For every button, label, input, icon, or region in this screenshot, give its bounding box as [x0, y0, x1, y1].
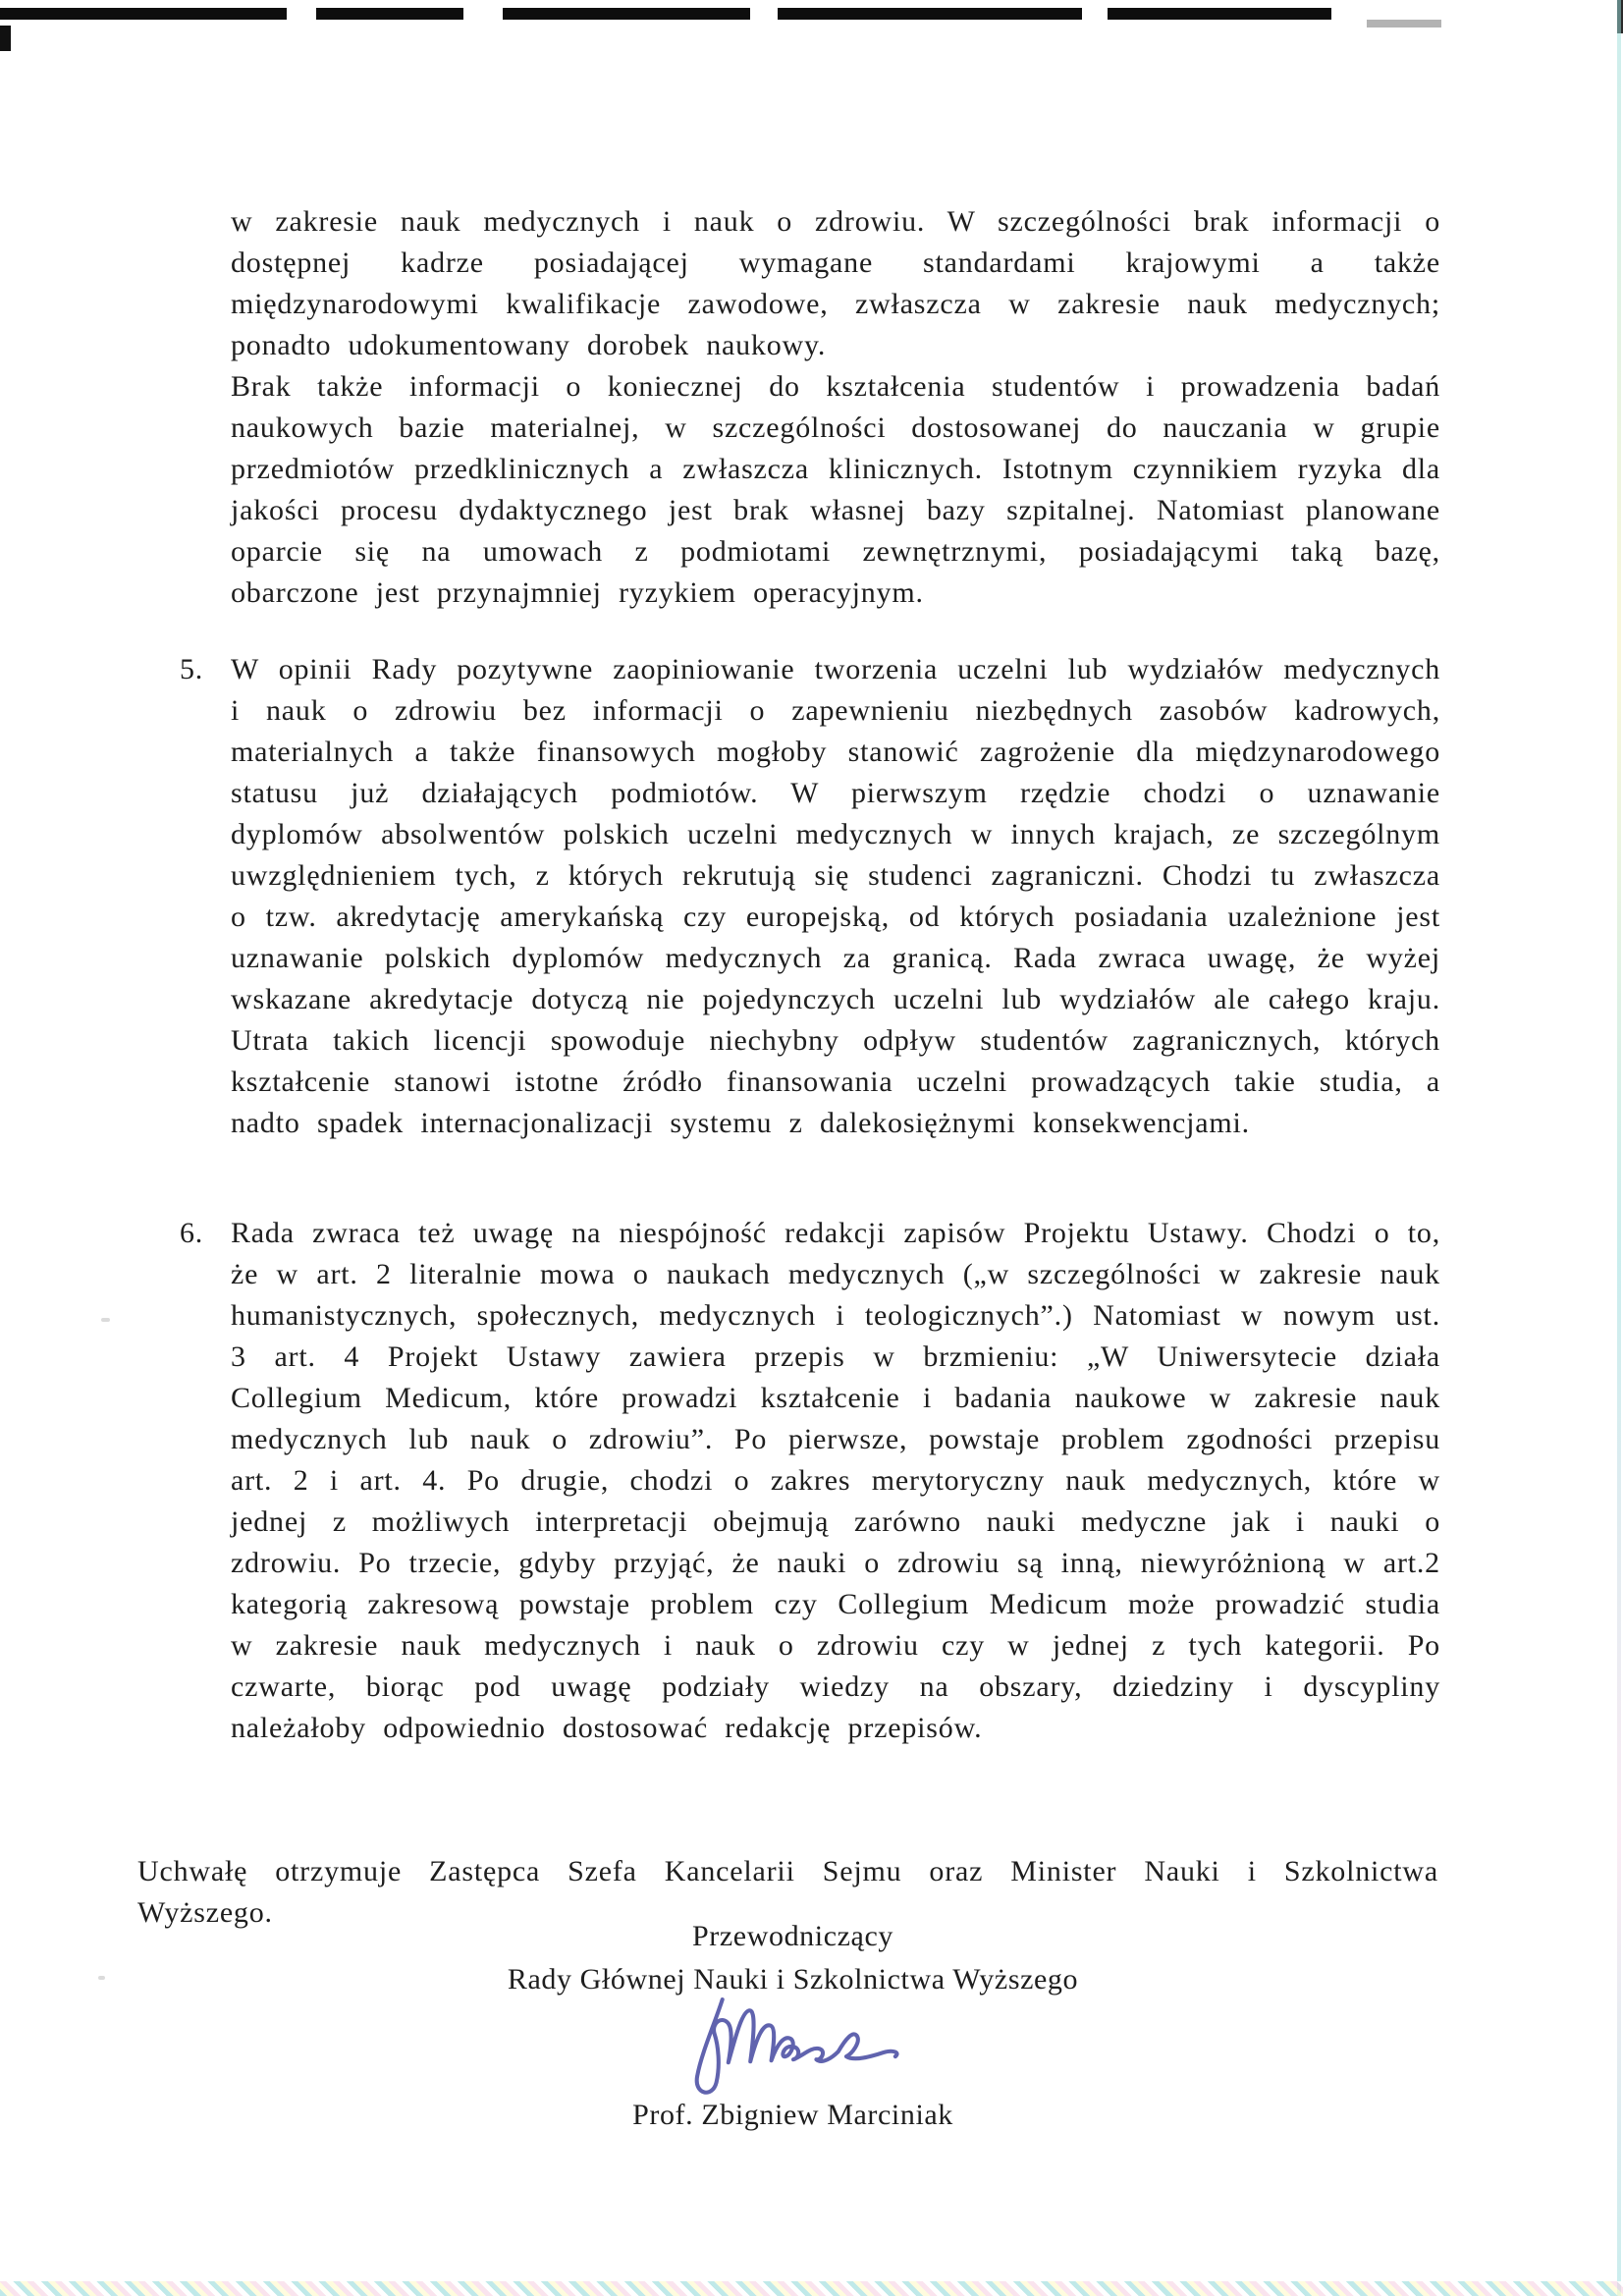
scan-artifact-speck — [101, 1318, 110, 1322]
scan-artifact-top-bar — [1108, 8, 1331, 20]
paragraph-material-base: Brak także informacji o koniecznej do ks… — [231, 366, 1440, 614]
item-text: Rada zwraca też uwagę na niespójność red… — [231, 1213, 1440, 1749]
handwritten-signature-icon — [672, 1995, 915, 2105]
scanned-document-page: w zakresie nauk medycznych i nauk o zdro… — [0, 0, 1623, 2296]
scan-artifact-top-bar — [778, 8, 1082, 20]
scan-artifact-top-bar — [503, 8, 750, 20]
item-number: 6. — [180, 1213, 231, 1749]
signature-block: Przewodniczący Rady Głównej Nauki i Szko… — [486, 1915, 1100, 2137]
numbered-item-5: 5. W opinii Rady pozytywne zaopiniowanie… — [180, 649, 1440, 1144]
scan-artifact-right-edge — [1617, 0, 1621, 2296]
scan-artifact-top-bar-grey — [1367, 20, 1441, 27]
scan-artifact-top-bar — [316, 8, 463, 20]
item-number: 5. — [180, 649, 231, 1144]
scan-artifact-top-bar — [0, 8, 287, 20]
signer-role-line1: Przewodniczący — [486, 1915, 1100, 1958]
scan-artifact-left-notch — [0, 26, 11, 51]
paragraph-continuation: w zakresie nauk medycznych i nauk o zdro… — [231, 201, 1440, 366]
signer-role-line2: Rady Głównej Nauki i Szkolnictwa Wyższeg… — [486, 1958, 1100, 2001]
scan-artifact-right-tick — [1617, 0, 1623, 33]
scan-artifact-bottom-zigzag — [0, 2281, 1623, 2296]
numbered-item-6: 6. Rada zwraca też uwagę na niespójność … — [180, 1213, 1440, 1749]
scan-artifact-speck — [98, 1976, 105, 1980]
document-body: w zakresie nauk medycznych i nauk o zdro… — [231, 201, 1440, 1749]
signature-ink-stroke — [696, 1999, 896, 2093]
signer-name: Prof. Zbigniew Marciniak — [486, 2094, 1100, 2137]
item-text: W opinii Rady pozytywne zaopiniowanie tw… — [231, 649, 1440, 1144]
